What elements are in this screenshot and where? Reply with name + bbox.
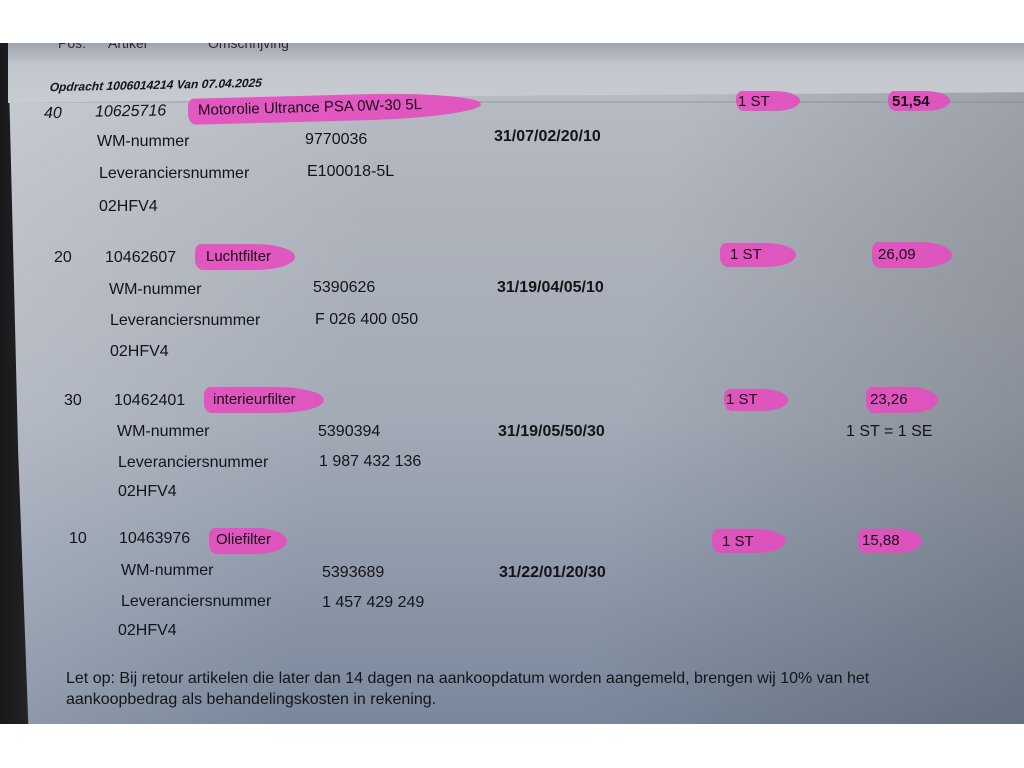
item-price: 51,54	[892, 93, 930, 110]
return-policy-line-1: Let op: Bij retour artikelen die later d…	[66, 668, 869, 689]
wm-number: 9770036	[305, 131, 367, 149]
column-header-artikel: Artikel	[108, 43, 147, 51]
supplier-number: E100018-5L	[307, 163, 394, 181]
return-policy-line-2: aankoopbedrag als behandelingskosten in …	[66, 689, 436, 710]
item-pos: 10	[69, 530, 87, 548]
item-description: Oliefilter	[216, 531, 271, 548]
item-pos: 20	[54, 249, 72, 267]
supplier-number: 1 457 429 249	[322, 594, 424, 612]
column-header-pos: Pos.	[58, 43, 86, 51]
wm-number: 5393689	[322, 564, 384, 582]
wm-number: 5390394	[318, 423, 380, 441]
document-photo: Pos. Artikel Omschrijving Opdracht 10060…	[0, 43, 1024, 724]
item-quantity: 1 ST	[722, 533, 754, 550]
unit-conversion-note: 1 ST = 1 SE	[846, 423, 932, 441]
supplier-label: Leveranciersnummer	[121, 593, 271, 611]
storage-location: 31/19/04/05/10	[497, 279, 604, 297]
wm-label: WM-nummer	[97, 133, 189, 151]
item-artikel: 10462607	[105, 249, 176, 267]
storage-location: 31/19/05/50/30	[498, 423, 605, 441]
item-pos: 30	[64, 392, 82, 410]
supplier-label: Leveranciersnummer	[99, 165, 249, 183]
item-artikel: 10625716	[95, 102, 166, 121]
item-price: 15,88	[862, 532, 900, 549]
wm-label: WM-nummer	[121, 562, 213, 580]
wm-label: WM-nummer	[109, 281, 201, 299]
item-artikel: 10462401	[114, 392, 185, 410]
wm-number: 5390626	[313, 279, 375, 297]
item-quantity: 1 ST	[738, 93, 770, 110]
item-code: 02HFV4	[118, 483, 177, 501]
item-quantity: 1 ST	[726, 391, 758, 408]
item-code: 02HFV4	[99, 198, 158, 216]
item-pos: 40	[44, 105, 62, 123]
item-description: Luchtfilter	[206, 248, 271, 265]
item-description: interieurfilter	[213, 391, 296, 408]
item-price: 26,09	[878, 246, 916, 263]
item-artikel: 10463976	[119, 530, 190, 548]
supplier-number: 1 987 432 136	[319, 453, 421, 471]
supplier-label: Leveranciersnummer	[110, 312, 260, 330]
item-quantity: 1 ST	[730, 246, 762, 263]
supplier-label: Leveranciersnummer	[118, 454, 268, 472]
storage-location: 31/22/01/20/30	[499, 564, 606, 582]
item-code: 02HFV4	[118, 622, 177, 640]
item-price: 23,26	[870, 391, 908, 408]
item-code: 02HFV4	[110, 343, 169, 361]
wm-label: WM-nummer	[117, 423, 209, 441]
column-header-omschrijving: Omschrijving	[208, 43, 289, 51]
storage-location: 31/07/02/20/10	[494, 128, 601, 146]
supplier-number: F 026 400 050	[315, 311, 418, 329]
